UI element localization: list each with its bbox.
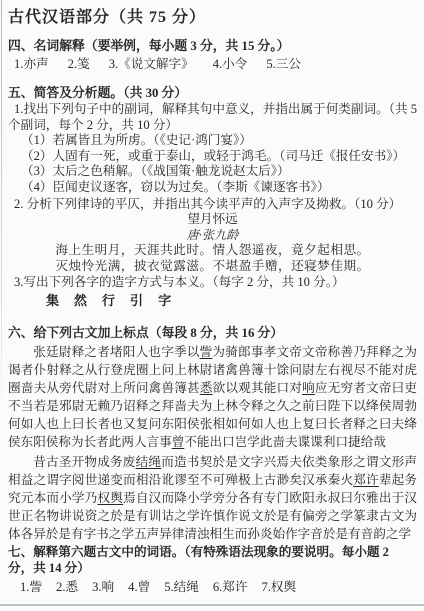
character-item: 行 [102, 293, 115, 308]
question3-character-list: 集然行引字 [8, 293, 417, 309]
word-item: 7.权舆 [261, 580, 296, 594]
underlined-term: 郑许 [353, 473, 379, 487]
term-item: 3.《说文解字》 [109, 57, 194, 71]
section4-term-list: 1.亦声2.笺3.《说文解字》4.小令5.三公 [8, 57, 417, 72]
scan-edge-line [1, 0, 2, 420]
classical-passage-1: 张廷尉释之者堵阳人也字季以訾为骑郎事孝文帝文帝称善乃拜释之为谒者仆射释之从行登虎… [8, 343, 417, 451]
underlined-term: 訾 [200, 345, 213, 359]
word-item: 1.訾 [20, 580, 42, 594]
underlined-term: 悉 [200, 381, 213, 395]
exam-page: 古代汉语部分（共 75 分） 四、名词解释（要举例，每小题 3 分，共 15 分… [0, 0, 424, 611]
underlined-term: 结绳 [136, 455, 162, 469]
question1-example: （3）太后之色稍解。（《战国策·触龙说赵太后》） [8, 164, 417, 180]
character-item: 然 [74, 293, 87, 308]
term-item: 4.小令 [213, 57, 248, 71]
character-item: 集 [46, 293, 59, 308]
character-item: 字 [158, 293, 171, 308]
page-title: 古代汉语部分（共 75 分） [8, 8, 417, 28]
word-item: 4.曾 [128, 580, 150, 594]
poem-author: 唐·张九龄 [8, 228, 417, 243]
section5-heading: 五、简答及分析题。（共 30 分） [8, 85, 417, 101]
word-item: 2.悉 [56, 580, 78, 594]
question1-example: （1）若属皆且为所虏。（《史记·鸿门宴》） [8, 133, 417, 149]
text-segment: 张廷尉释之者堵阳人也字季以 [33, 345, 199, 359]
text-segment: 欲以观其能口对 [213, 381, 303, 395]
section7-word-list: 1.訾2.悉3.响4.曾5.结绳6.郑许7.权舆 [8, 580, 417, 595]
poem-line: 灭烛怜光满，披衣觉露滋。不堪盈手赠，还寝梦佳期。 [8, 259, 417, 275]
text-segment: 昔古圣开物成务废 [33, 455, 135, 469]
section6-heading: 六、给下列古文加上标点（每段 8 分，共 16 分） [8, 325, 417, 341]
poem-title: 望月怀远 [8, 212, 417, 228]
question2-stem: 2. 分析下列律诗的平仄，并指出其今读平声的入声字及拗救。（10 分） [8, 197, 417, 213]
word-item: 5.结绳 [164, 580, 199, 594]
underlined-term: 权舆 [98, 491, 124, 505]
question1-stem: 1.找出下列句子中的副词，解释其句中意义，并指出属于何类副词。（共 5 个副词，… [8, 102, 417, 133]
poem-line: 海上生明月，天涯共此时。情人怨遥夜，竟夕起相思。 [8, 243, 417, 259]
question1-example: （4）臣闻吏议逐客，窃以为过矣。（李斯《谏逐客书》） [8, 180, 417, 196]
text-segment: 不能出口岂学此啬夫谍谍利口捷给哉 [184, 435, 386, 449]
term-item: 1.亦声 [14, 57, 49, 71]
underlined-term: 曾 [172, 435, 185, 449]
question3-stem: 3.写出下列各字的造字方式与本义。（每字 2 分，共 10 分。） [8, 275, 417, 291]
section4-heading: 四、名词解释（要举例，每小题 3 分，共 15 分。） [8, 38, 417, 54]
character-item: 引 [130, 293, 143, 308]
word-item: 3.响 [92, 580, 114, 594]
term-item: 2.笺 [68, 57, 90, 71]
page-bottom-rule [0, 604, 424, 606]
underlined-term: 响 [302, 381, 315, 395]
question1-example: （2）人固有一死，或重于泰山，或轻于鸿毛。（司马迁《报任安书》） [8, 149, 417, 165]
section7-heading: 七、解释第六题古文中的词语。（有特殊语法现象的要说明。每小题 2 分，共 14 … [8, 545, 417, 577]
classical-passage-2: 昔古圣开物成务废结绳而造书契於是文字兴焉夫依类象形之谓文形声相益之谓字阅世递变而… [8, 453, 417, 543]
exam-content: 古代汉语部分（共 75 分） 四、名词解释（要举例，每小题 3 分，共 15 分… [0, 0, 424, 595]
term-item: 5.三公 [266, 57, 301, 71]
word-item: 6.郑许 [213, 580, 248, 594]
